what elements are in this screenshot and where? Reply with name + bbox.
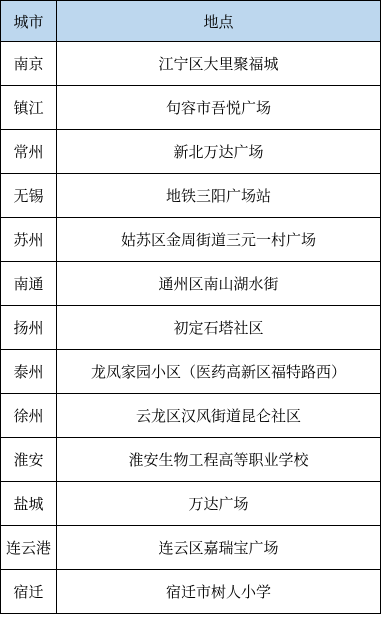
location-cell: 连云区嘉瑞宝广场 bbox=[57, 526, 381, 570]
location-cell: 江宁区大里聚福城 bbox=[57, 42, 381, 86]
city-cell: 无锡 bbox=[1, 174, 57, 218]
table-row: 常州 新北万达广场 bbox=[1, 130, 381, 174]
table-row: 镇江 句容市吾悦广场 bbox=[1, 86, 381, 130]
table-row: 扬州 初定石塔社区 bbox=[1, 306, 381, 350]
city-cell: 苏州 bbox=[1, 218, 57, 262]
city-cell: 连云港 bbox=[1, 526, 57, 570]
city-cell: 镇江 bbox=[1, 86, 57, 130]
table-row: 泰州 龙凤家园小区（医药高新区福特路西） bbox=[1, 350, 381, 394]
city-cell: 南通 bbox=[1, 262, 57, 306]
location-cell: 姑苏区金周街道三元一村广场 bbox=[57, 218, 381, 262]
table-row: 苏州 姑苏区金周街道三元一村广场 bbox=[1, 218, 381, 262]
location-cell: 淮安生物工程高等职业学校 bbox=[57, 438, 381, 482]
table-row: 宿迁 宿迁市树人小学 bbox=[1, 570, 381, 614]
location-cell: 初定石塔社区 bbox=[57, 306, 381, 350]
location-cell: 云龙区汉风街道昆仑社区 bbox=[57, 394, 381, 438]
table-row: 连云港 连云区嘉瑞宝广场 bbox=[1, 526, 381, 570]
table-row: 徐州 云龙区汉风街道昆仑社区 bbox=[1, 394, 381, 438]
header-city: 城市 bbox=[1, 1, 57, 42]
table-row: 盐城 万达广场 bbox=[1, 482, 381, 526]
city-cell: 南京 bbox=[1, 42, 57, 86]
location-cell: 万达广场 bbox=[57, 482, 381, 526]
header-row: 城市 地点 bbox=[1, 1, 381, 42]
city-cell: 徐州 bbox=[1, 394, 57, 438]
table-row: 南通 通州区南山湖水街 bbox=[1, 262, 381, 306]
table-row: 无锡 地铁三阳广场站 bbox=[1, 174, 381, 218]
city-cell: 淮安 bbox=[1, 438, 57, 482]
location-cell: 通州区南山湖水街 bbox=[57, 262, 381, 306]
city-cell: 泰州 bbox=[1, 350, 57, 394]
location-cell: 新北万达广场 bbox=[57, 130, 381, 174]
location-cell: 龙凤家园小区（医药高新区福特路西） bbox=[57, 350, 381, 394]
table-row: 南京 江宁区大里聚福城 bbox=[1, 42, 381, 86]
location-cell: 句容市吾悦广场 bbox=[57, 86, 381, 130]
city-cell: 常州 bbox=[1, 130, 57, 174]
city-cell: 宿迁 bbox=[1, 570, 57, 614]
location-cell: 地铁三阳广场站 bbox=[57, 174, 381, 218]
location-cell: 宿迁市树人小学 bbox=[57, 570, 381, 614]
city-cell: 盐城 bbox=[1, 482, 57, 526]
header-location: 地点 bbox=[57, 1, 381, 42]
city-location-table: 城市 地点 南京 江宁区大里聚福城 镇江 句容市吾悦广场 常州 新北万达广场 无… bbox=[0, 0, 381, 614]
city-cell: 扬州 bbox=[1, 306, 57, 350]
table-row: 淮安 淮安生物工程高等职业学校 bbox=[1, 438, 381, 482]
